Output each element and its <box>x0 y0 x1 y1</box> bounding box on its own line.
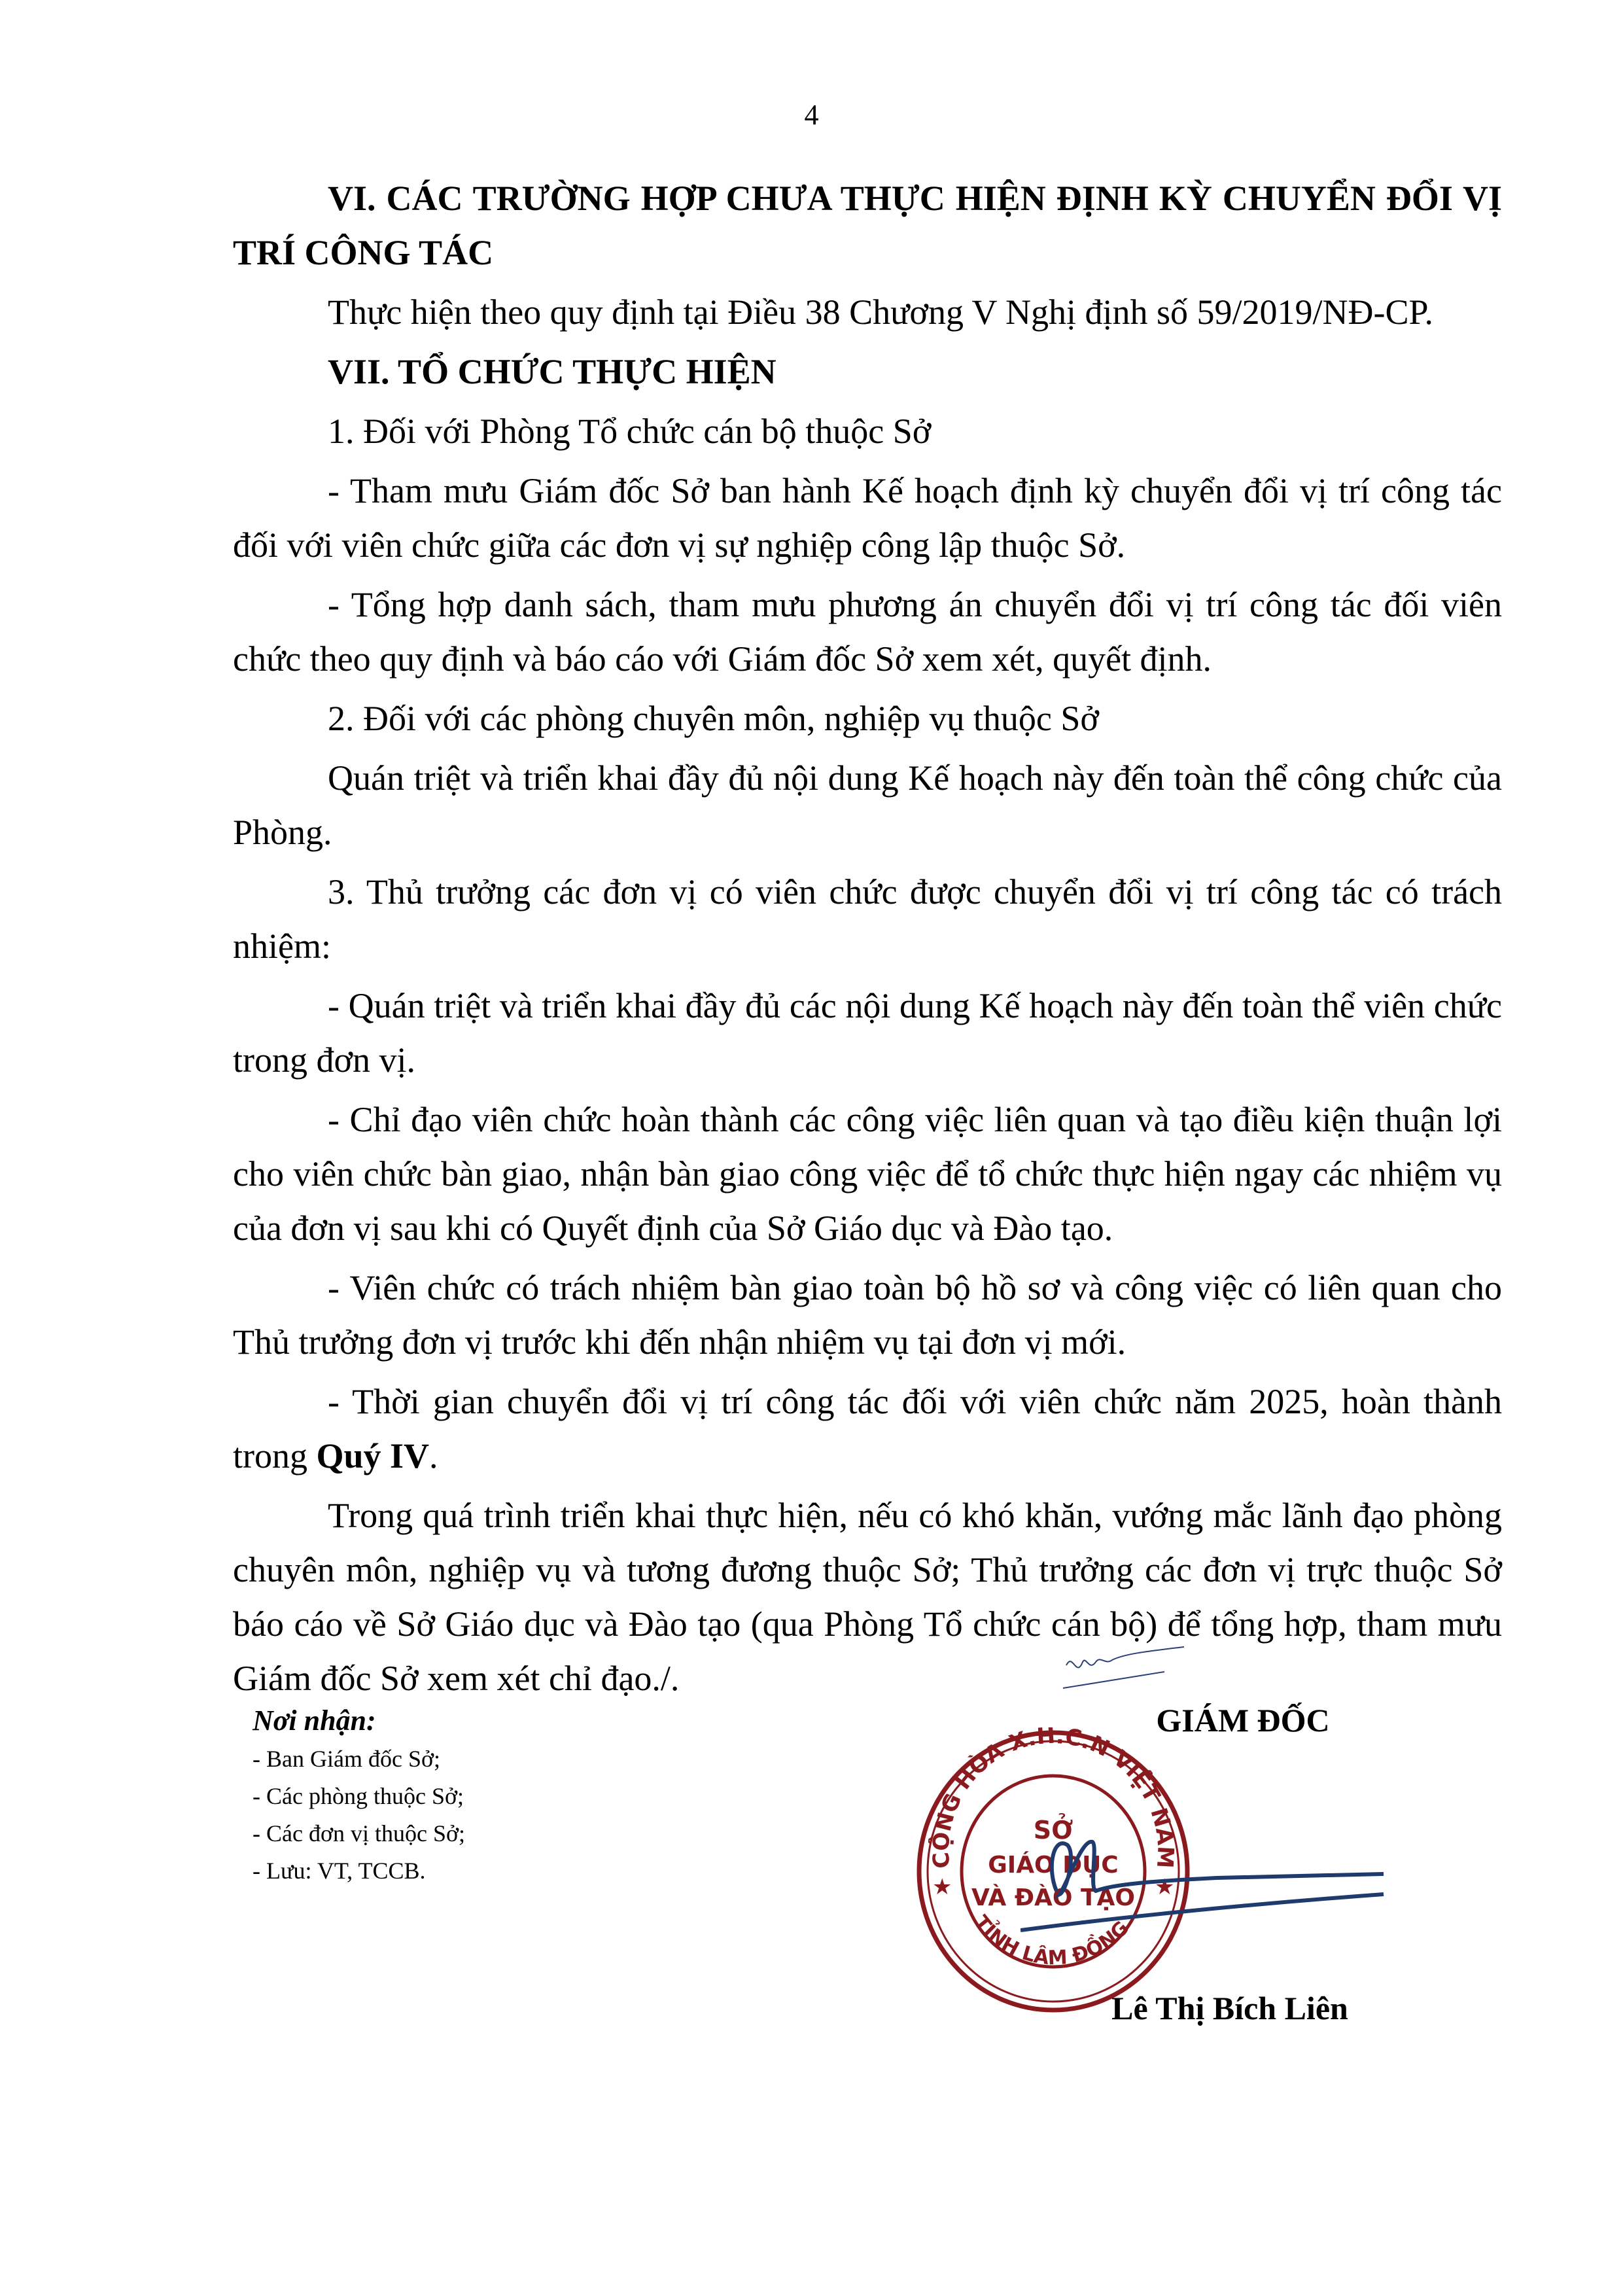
item1-bullet1: - Tham mưu Giám đốc Sở ban hành Kế hoạch… <box>233 464 1502 573</box>
item1-bullet2: - Tổng hợp danh sách, tham mưu phương án… <box>233 578 1502 686</box>
recipient-item: - Các đơn vị thuộc Sở; <box>253 1815 465 1852</box>
recipients-title: Nơi nhận: <box>253 1701 465 1740</box>
deadline-quarter: Quý IV <box>317 1436 430 1475</box>
item3-title: 3. Thủ trưởng các đơn vị có viên chức đư… <box>233 865 1502 974</box>
recipients-block: Nơi nhận: - Ban Giám đốc Sở; - Các phòng… <box>253 1701 465 1890</box>
closing-paragraph: Trong quá trình triển khai thực hiện, nế… <box>233 1489 1502 1706</box>
recipient-item: - Ban Giám đốc Sở; <box>253 1740 465 1778</box>
director-signature-icon <box>1021 1806 1387 1937</box>
recipient-item: - Các phòng thuộc Sở; <box>253 1778 465 1815</box>
signer-name: Lê Thị Bích Liên <box>1034 1989 1426 2027</box>
section-vi-text: Thực hiện theo quy định tại Điều 38 Chươ… <box>233 285 1502 340</box>
initials-signature-icon <box>1060 1639 1191 1691</box>
document-body: VI. CÁC TRƯỜNG HỢP CHƯA THỰC HIỆN ĐỊNH K… <box>233 171 1502 1706</box>
recipient-item: - Lưu: VT, TCCB. <box>253 1852 465 1890</box>
section-vii-heading: VII. TỔ CHỨC THỰC HIỆN <box>233 345 1502 399</box>
item2-title: 2. Đối với các phòng chuyên môn, nghiệp … <box>233 692 1502 746</box>
item3-bullet4-end: . <box>429 1436 438 1475</box>
item3-bullet2: - Chỉ đạo viên chức hoàn thành các công … <box>233 1093 1502 1256</box>
item3-bullet1: - Quán triệt và triển khai đầy đủ các nộ… <box>233 979 1502 1087</box>
section-vi-heading: VI. CÁC TRƯỜNG HỢP CHƯA THỰC HIỆN ĐỊNH K… <box>233 171 1502 280</box>
item3-bullet3: - Viên chức có trách nhiệm bàn giao toàn… <box>233 1261 1502 1369</box>
item2-text: Quán triệt và triển khai đầy đủ nội dung… <box>233 751 1502 860</box>
item3-bullet4: - Thời gian chuyển đổi vị trí công tác đ… <box>233 1375 1502 1483</box>
item1-title: 1. Đối với Phòng Tổ chức cán bộ thuộc Sở <box>233 404 1502 459</box>
page-number: 4 <box>0 98 1623 132</box>
svg-text:★: ★ <box>932 1875 952 1899</box>
